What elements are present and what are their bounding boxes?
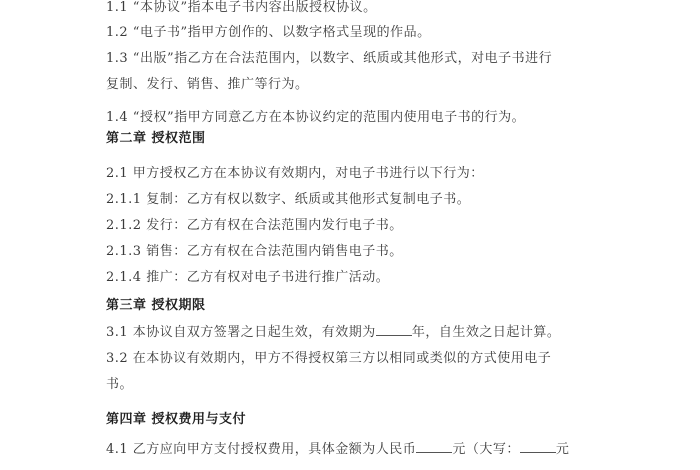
clause-line: 1.4 “授权”指甲方同意乙方在本协议约定的范围内使用电子书的行为。 xyxy=(106,106,525,125)
clause-3-1: 3.1 本协议自双方签署之日起生效，有效期为年，自生效之日起计算。 xyxy=(106,321,560,340)
clause-line: 2.1.3 销售：乙方有权在合法范围内销售电子书。 xyxy=(106,240,403,259)
clause-line: 2.1.4 推广：乙方有权对电子书进行推广活动。 xyxy=(106,266,389,285)
chapter-heading: 第三章 授权期限 xyxy=(106,294,206,313)
clause-3-1-prefix: 3.1 本协议自双方签署之日起生效，有效期为 xyxy=(106,325,376,340)
clause-4-1: 4.1 乙方应向甲方支付授权费用，具体金额为人民币元（大写：元 xyxy=(106,438,569,457)
clause-line: 2.1 甲方授权乙方在本协议有效期内，对电子书进行以下行为： xyxy=(106,162,484,181)
amount-words-blank xyxy=(520,441,556,453)
clause-3-2-line2: 书。 xyxy=(106,373,133,392)
amount-blank xyxy=(416,441,452,453)
clause-4-1-prefix: 4.1 乙方应向甲方支付授权费用，具体金额为人民币 xyxy=(106,442,416,457)
clause-3-1-suffix: 年，自生效之日起计算。 xyxy=(412,325,561,340)
clause-line: 1.1 “本协议”指本电子书内容出版授权协议。 xyxy=(106,0,377,15)
term-years-blank xyxy=(376,324,412,336)
clause-4-1-middle: 元（大写： xyxy=(452,442,520,457)
clause-3-2-line1: 3.2 在本协议有效期内，甲方不得授权第三方以相同或类似的方式使用电子 xyxy=(106,347,551,366)
clause-line: 2.1.1 复制：乙方有权以数字、纸质或其他形式复制电子书。 xyxy=(106,188,470,207)
chapter-heading: 第二章 授权范围 xyxy=(106,127,206,146)
clause-line: 复制、发行、销售、推广等行为。 xyxy=(106,73,309,92)
clause-4-1-suffix: 元 xyxy=(556,442,570,457)
clause-line: 1.3 “出版”指乙方在合法范围内，以数字、纸质或其他形式，对电子书进行 xyxy=(106,47,552,66)
clause-line: 2.1.2 发行：乙方有权在合法范围内发行电子书。 xyxy=(106,214,403,233)
chapter-4-heading: 第四章 授权费用与支付 xyxy=(106,408,246,427)
clause-line: 1.2 “电子书”指甲方创作的、以数字格式呈现的作品。 xyxy=(106,21,431,40)
